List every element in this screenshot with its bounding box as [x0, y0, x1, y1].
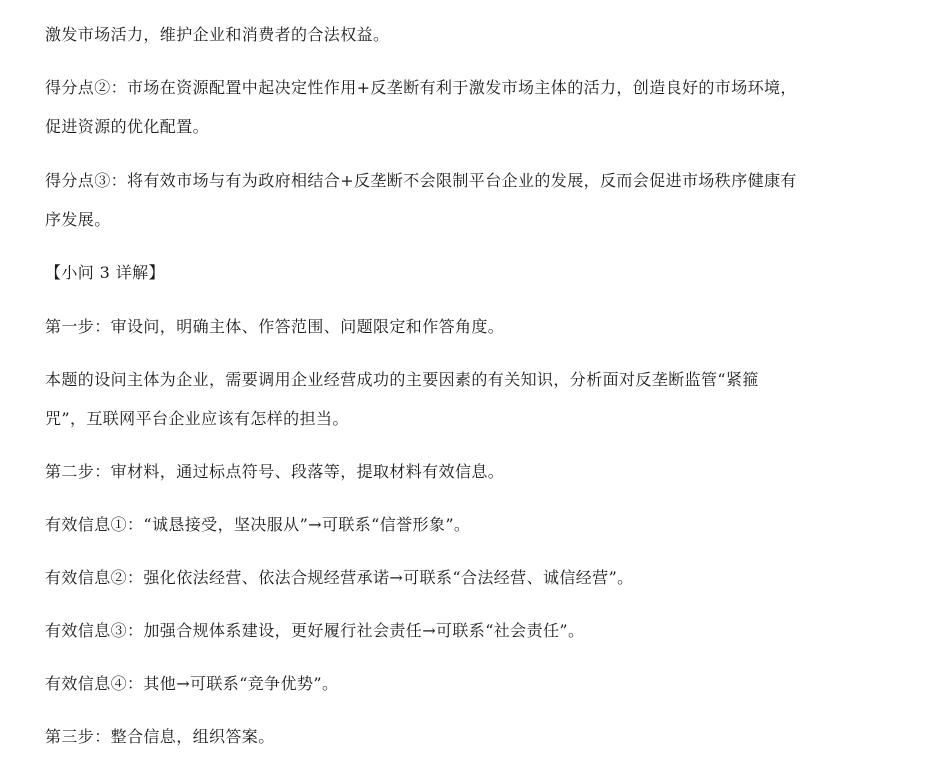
- scoring-point-3-line-1: 得分点③：将有效市场与有为政府相结合+反垄断不会限制平台企业的发展，反而会促进市…: [45, 171, 797, 191]
- paragraph-line: 激发市场活力，维护企业和消费者的合法权益。: [45, 25, 389, 45]
- step-2-line: 第二步：审材料，通过标点符号、段落等，提取材料有效信息。: [45, 462, 504, 482]
- scoring-point-3-line-2: 序发展。: [45, 210, 111, 230]
- document-page: 激发市场活力，维护企业和消费者的合法权益。 得分点②：市场在资源配置中起决定性作…: [0, 0, 926, 765]
- info-3-line: 有效信息③：加强合规体系建设，更好履行社会责任→可联系“社会责任”。: [45, 621, 584, 641]
- section-heading: 【小问 3 详解】: [45, 263, 165, 283]
- step-1-line: 第一步：审设问，明确主体、作答范围、问题限定和作答角度。: [45, 317, 504, 337]
- info-4-line: 有效信息④：其他→可联系“竞争优势”。: [45, 674, 338, 694]
- analysis-line-1: 本题的设问主体为企业，需要调用企业经营成功的主要因素的有关知识，分析面对反垄断监…: [45, 370, 759, 390]
- info-1-line: 有效信息①：“诚恳接受，坚决服从”→可联系“信誉形象”。: [45, 515, 470, 535]
- scoring-point-2-line-1: 得分点②：市场在资源配置中起决定性作用+反垄断有利于激发市场主体的活力，创造良好…: [45, 78, 797, 98]
- step-3-line: 第三步：整合信息，组织答案。: [45, 727, 275, 747]
- info-2-line: 有效信息②：强化依法经营、依法合规经营承诺→可联系“合法经营、诚信经营”。: [45, 568, 634, 588]
- scoring-point-2-line-2: 促进资源的优化配置。: [45, 117, 209, 137]
- analysis-line-2: 咒”，互联网平台企业应该有怎样的担当。: [45, 409, 349, 429]
